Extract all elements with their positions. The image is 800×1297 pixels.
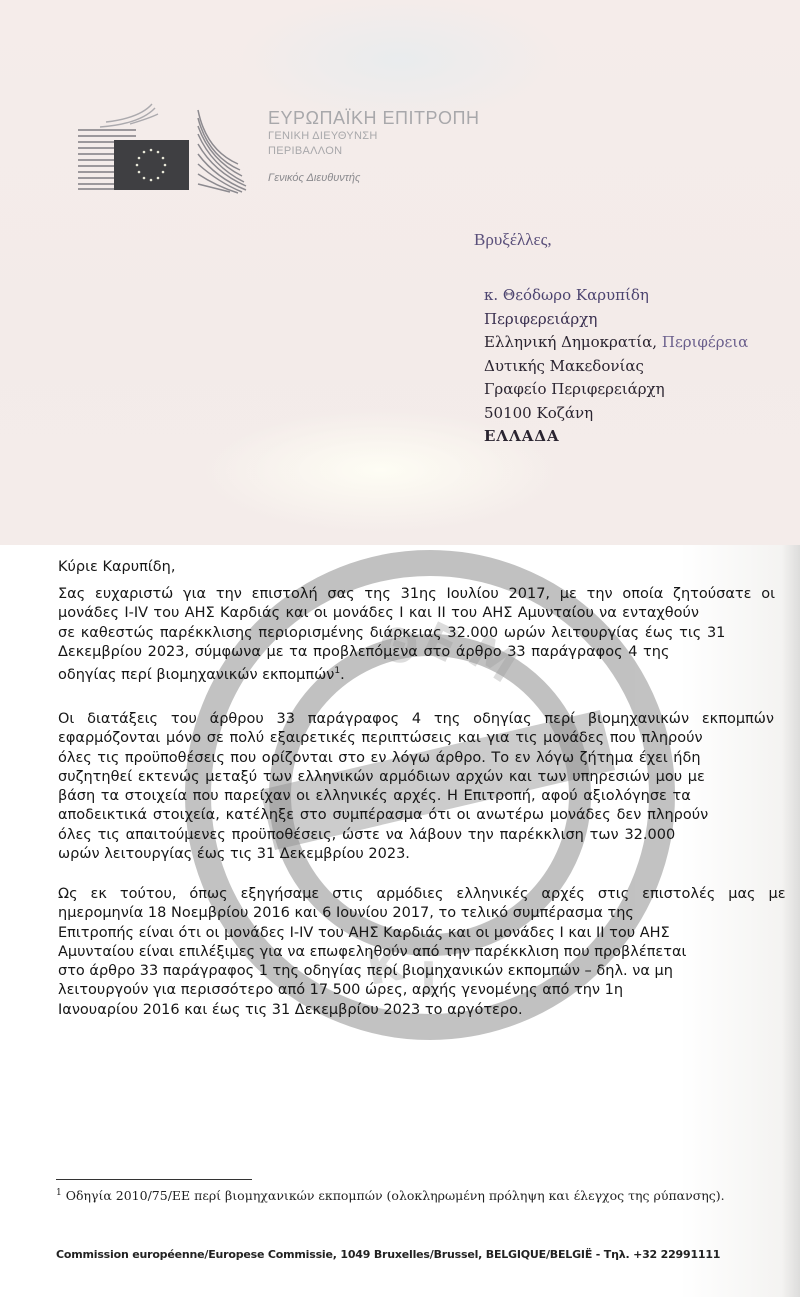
recipient-address: κ. Θεόδωρο Καρυπίδη Περιφερειάρχη Ελληνι… bbox=[484, 284, 748, 449]
paragraph-line: όλες τις απαιτούμενες προϋποθέσεις, ώστε… bbox=[58, 826, 774, 845]
salutation: Κύριε Καρυπίδη, bbox=[58, 552, 786, 582]
organization-block: ΕΥΡΩΠΑΪΚΗ ΕΠΙΤΡΟΠΗ ΓΕΝΙΚΗ ΔΙΕΥΘΥΝΣΗ ΠΕΡΙ… bbox=[268, 108, 480, 184]
paragraph-line: μονάδες I-IV του ΑΗΣ Καρδιάς και οι μονά… bbox=[58, 604, 775, 623]
sentence-end: . bbox=[340, 667, 345, 683]
paragraph-line-last: οδηγίας περί βιομηχανικών εκπομπών1. bbox=[58, 662, 775, 685]
paragraph-line: όλες τις προϋποθέσεις που ορίζονται στο … bbox=[58, 749, 774, 768]
recipient-region-word: Περιφέρεια bbox=[662, 333, 748, 351]
recipient-country: Ελληνική Δημοκρατία, bbox=[484, 333, 657, 351]
paragraph-line: Ως εκ τούτου, όπως εξηγήσαμε στις αρμόδι… bbox=[58, 885, 786, 904]
place-line: Βρυξέλλες, bbox=[474, 230, 552, 250]
paragraph-line: εφαρμόζονται μόνο σε πολύ εξαιρετικές πε… bbox=[58, 729, 774, 748]
paragraph-line: Αμυνταίου είναι επιλέξιμες για να επωφελ… bbox=[58, 943, 786, 962]
recipient-country-caps: ΕΛΛΑΔΑ bbox=[484, 425, 748, 449]
page-footer: Commission européenne/Europese Commissie… bbox=[56, 1248, 720, 1261]
paragraph-line: ημερομηνία 18 Νοεμβρίου 2016 και 6 Ιουνί… bbox=[58, 904, 786, 923]
organization-name: ΕΥΡΩΠΑΪΚΗ ΕΠΙΤΡΟΠΗ bbox=[268, 108, 480, 128]
recipient-title: Περιφερειάρχη bbox=[484, 308, 748, 332]
page-edge-shadow bbox=[782, 545, 800, 1297]
paragraph-line: Οι διατάξεις του άρθρου 33 παράγραφος 4 … bbox=[58, 710, 774, 729]
paragraph-line: σε καθεστώς παρέκκλισης περιορισμένης δι… bbox=[58, 624, 775, 643]
footnote-divider bbox=[56, 1179, 252, 1180]
directorate-line-1: ΓΕΝΙΚΗ ΔΙΕΥΘΥΝΣΗ bbox=[268, 130, 480, 143]
paragraph-1: Σας ευχαριστώ για την επιστολή σας της 3… bbox=[58, 585, 775, 685]
footnote-text: Οδηγία 2010/75/ΕΕ περί βιομηχανικών εκπο… bbox=[66, 1188, 725, 1203]
paragraph-line: βάση τα στοιχεία που παρείχαν οι ελληνικ… bbox=[58, 787, 774, 806]
paragraph-line: Σας ευχαριστώ για την επιστολή σας της 3… bbox=[58, 585, 775, 604]
sender-role: Γενικός Διευθυντής bbox=[268, 172, 480, 184]
footnote: 1 Οδηγία 2010/75/ΕΕ περί βιομηχανικών εκ… bbox=[56, 1188, 725, 1203]
letter-body: Κύριε Καρυπίδη, Σας ευχαριστώ για την επ… bbox=[58, 552, 786, 582]
paragraph-line: Δεκεμβρίου 2023, σύμφωνα με τα προβλεπόμ… bbox=[58, 643, 775, 662]
paragraph-3: Ως εκ τούτου, όπως εξηγήσαμε στις αρμόδι… bbox=[58, 885, 786, 1020]
paragraph-line: στο άρθρο 33 παράγραφος 1 της οδηγίας πε… bbox=[58, 962, 786, 981]
recipient-country-line: Ελληνική Δημοκρατία, Περιφέρεια bbox=[484, 331, 748, 355]
letterhead-section: ΕΥΡΩΠΑΪΚΗ ΕΠΙΤΡΟΠΗ ΓΕΝΙΚΗ ΔΙΕΥΘΥΝΣΗ ΠΕΡΙ… bbox=[0, 0, 800, 545]
recipient-region: Δυτικής Μακεδονίας bbox=[484, 355, 748, 379]
paragraph-line: Ιανουαρίου 2016 και έως τις 31 Δεκεμβρίο… bbox=[58, 1001, 786, 1020]
paragraph-line: συζητηθεί εκτενώς μεταξύ των ελληνικών α… bbox=[58, 768, 774, 787]
paragraph-2: Οι διατάξεις του άρθρου 33 παράγραφος 4 … bbox=[58, 710, 774, 864]
footnote-marker: 1 bbox=[56, 1188, 62, 1198]
directorate-line-2: ΠΕΡΙΒΑΛΛΟΝ bbox=[268, 145, 480, 158]
recipient-office: Γραφείο Περιφερειάρχη bbox=[484, 378, 748, 402]
paragraph-line: ωρών λειτουργίας έως τις 31 Δεκεμβρίου 2… bbox=[58, 845, 774, 864]
paragraph-line: λειτουργούν για περισσότερο από 17 500 ώ… bbox=[58, 981, 786, 1000]
paragraph-line: Επιτροπής είναι ότι οι μονάδες I-IV του … bbox=[58, 924, 786, 943]
paragraph-line: αποδεικτικά στοιχεία, κατέληξε στο συμπέ… bbox=[58, 806, 774, 825]
recipient-name: κ. Θεόδωρο Καρυπίδη bbox=[484, 284, 748, 308]
eu-commission-logo-icon bbox=[70, 100, 270, 195]
recipient-city: 50100 Κοζάνη bbox=[484, 402, 748, 426]
paragraph-line-text: οδηγίας περί βιομηχανικών εκπομπών bbox=[58, 667, 334, 683]
